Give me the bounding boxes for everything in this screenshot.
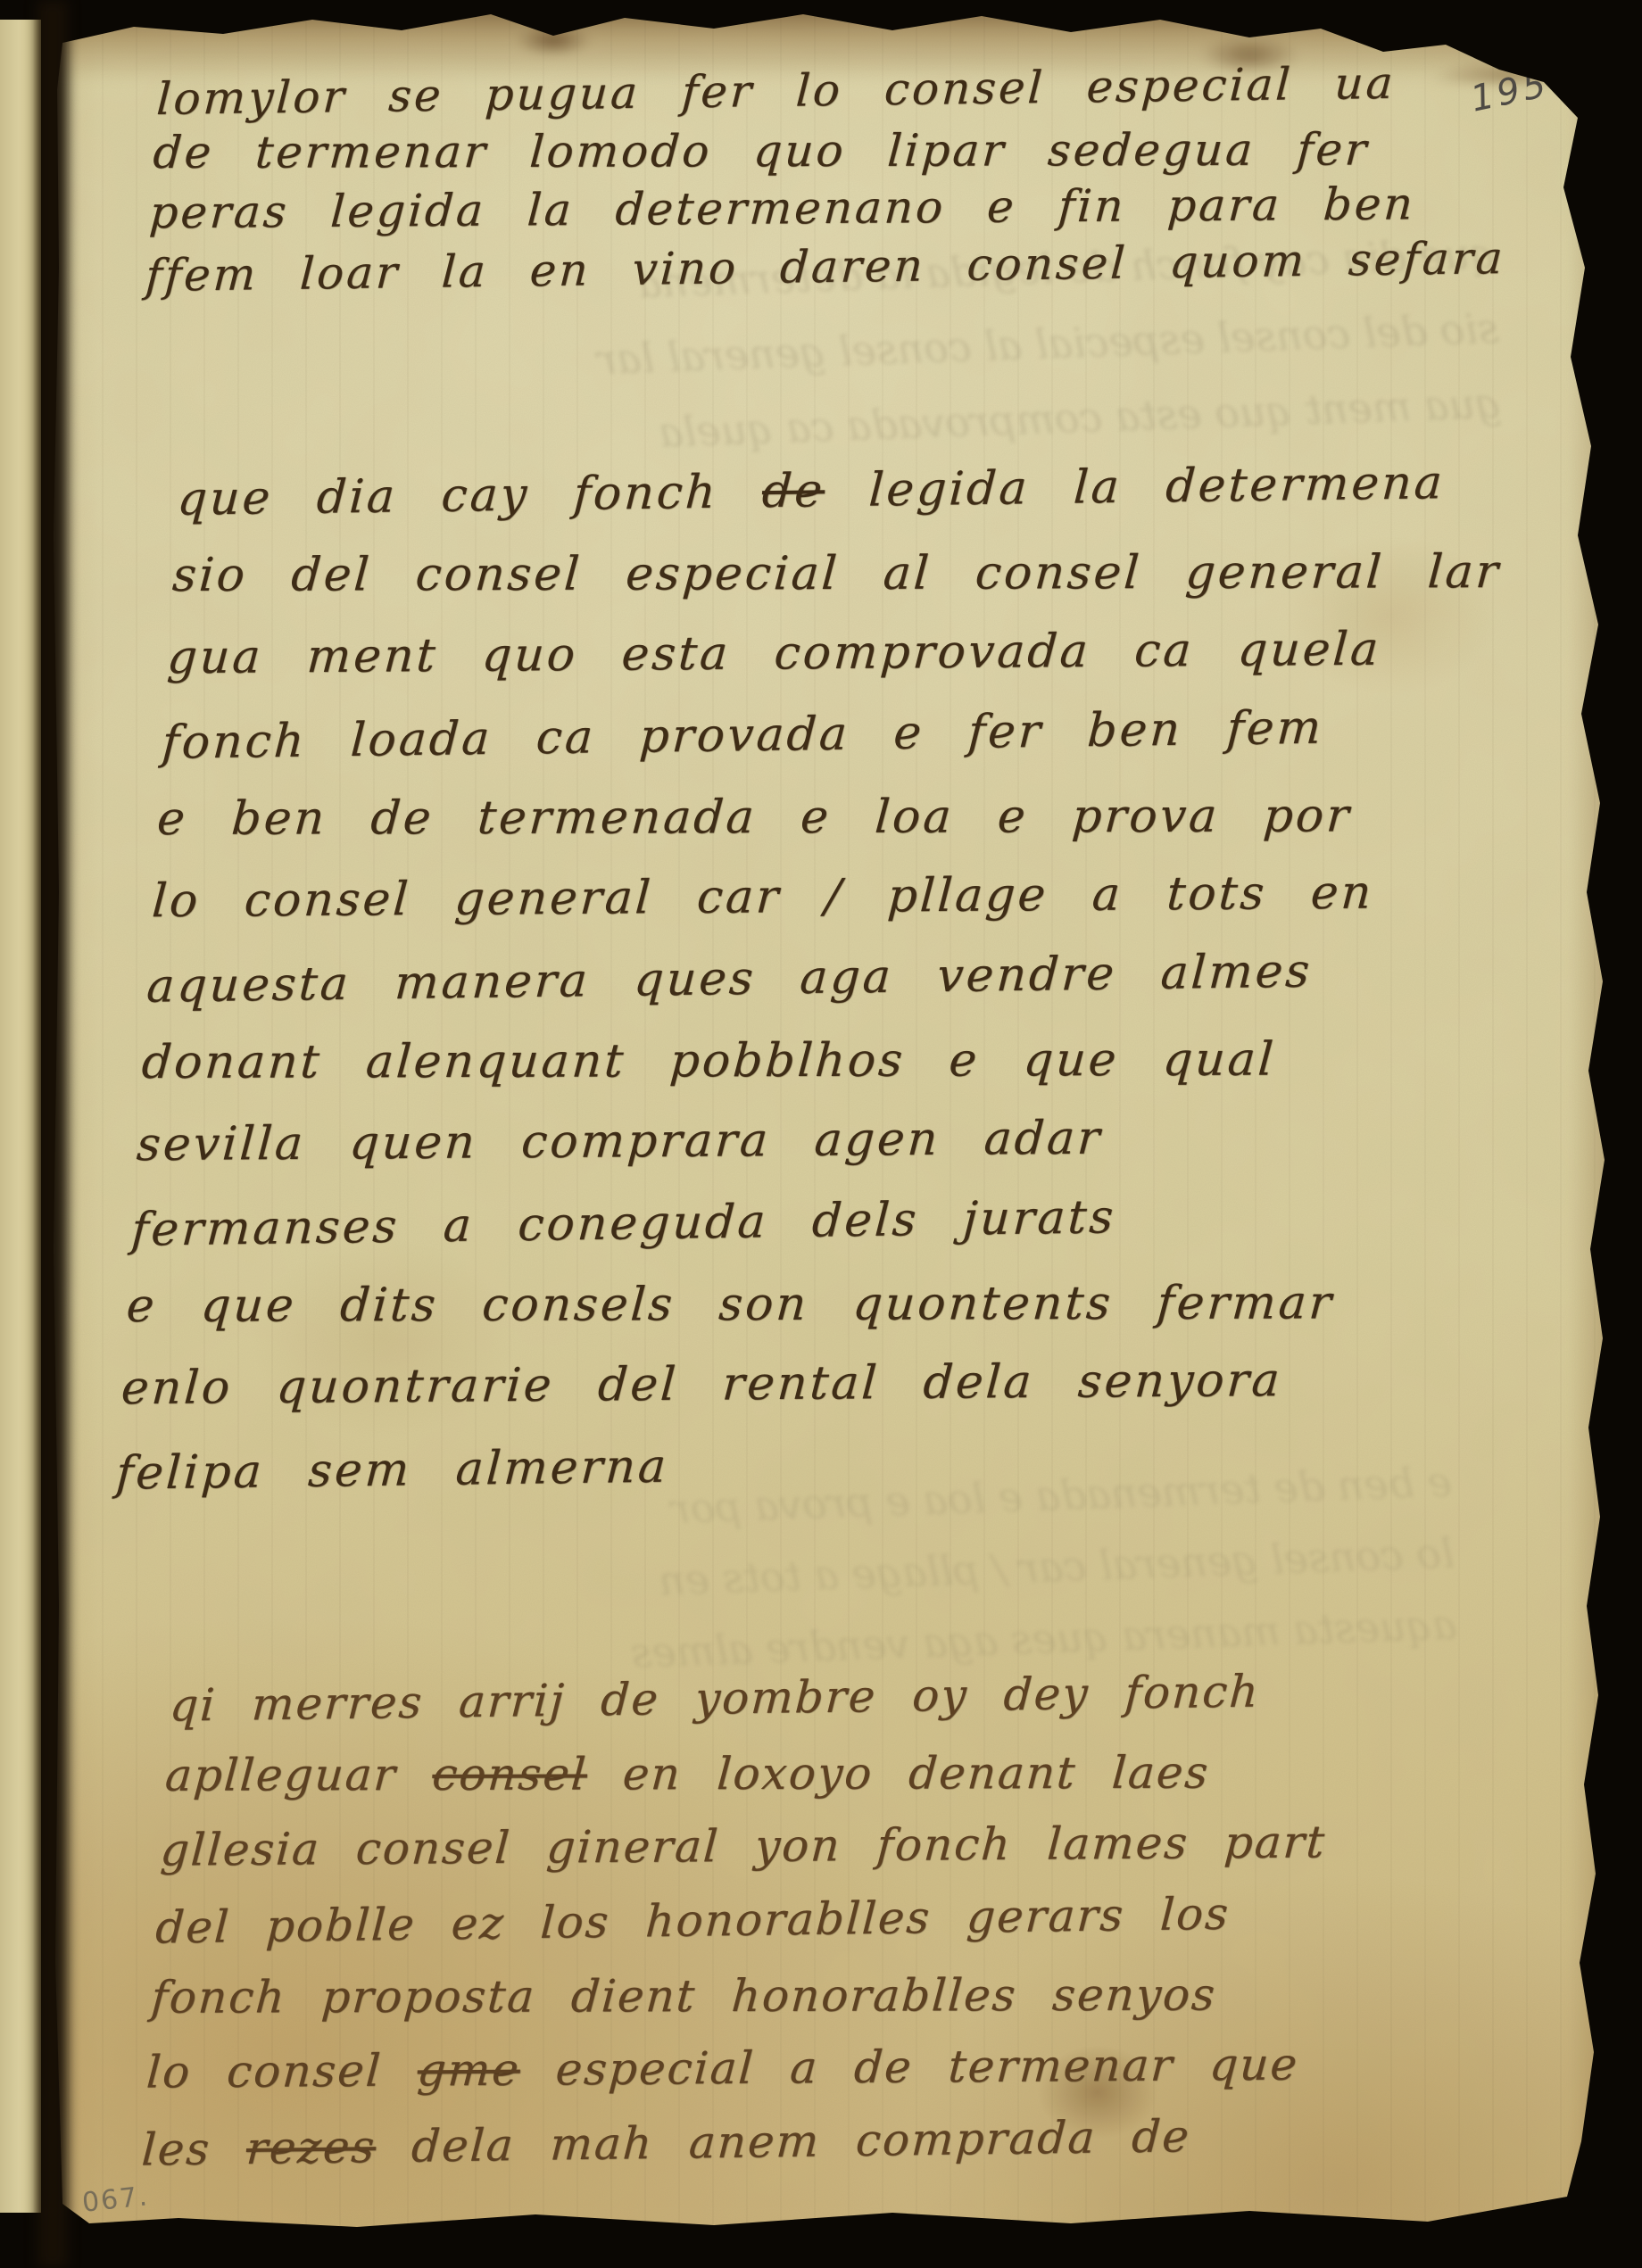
manuscript-line: gua ment quo esta comprovada ca quela	[165, 608, 1498, 699]
manuscript-line: fermanses a coneguda dels jurats	[129, 1172, 1463, 1271]
manuscript-line: fonch loada ca provada e fer ben fem	[160, 685, 1493, 783]
manuscript-line: enlo quontrarie del rental dela senyora	[119, 1339, 1452, 1429]
manuscript-line: sevilla quen comprara agen adar	[134, 1096, 1467, 1186]
manuscript-page: 195 067. lomylor se pugua fer lo consel …	[0, 0, 1642, 2268]
manuscript-line: que dia cay fonch de legida la determena	[175, 442, 1508, 540]
manuscript-line: les rezes dela mah anem comprada de	[139, 2098, 1309, 2187]
manuscript-line: fonch proposta dient honorablles senyos	[149, 1958, 1319, 2034]
manuscript-line: sio del consel especial al consel genera…	[170, 532, 1503, 617]
manuscript-paragraph: qi merres arrij de yombre oy dey fonchap…	[139, 1657, 1337, 2183]
binding-gutter-shadow	[37, 0, 68, 2268]
facing-page-edge	[0, 20, 41, 2213]
edge-stain	[1569, 89, 1615, 2213]
manuscript-paragraph: que dia cay fonch de legida la determena…	[113, 446, 1508, 1511]
manuscript-line: lo consel general car / pllage a tots en	[150, 852, 1483, 942]
manuscript-line: lo consel gme especial a de termenar que	[145, 2027, 1314, 2109]
manuscript-line: lomylor se pugua fer lo consel especial …	[155, 52, 1518, 128]
manuscript-paragraph: lomylor se pugua fer lo consel especial …	[144, 56, 1517, 302]
manuscript-line: donant alenquant pobblhos e que qual	[139, 1019, 1472, 1104]
manuscript-line: qi merres arrij de yombre oy dey fonch	[168, 1653, 1338, 1742]
manuscript-line: aquesta manera ques aga vendre almes	[145, 929, 1478, 1027]
manuscript-line: e que dits consels son quontents fermar	[124, 1262, 1457, 1347]
manuscript-line: aplleguar consel en loxoyo denant laes	[162, 1735, 1332, 1812]
manuscript-line: del poblle ez los honorablles gerars los	[153, 1875, 1323, 1965]
manuscript-line: de termenar lomodo quo lipar sedegua fer	[152, 120, 1514, 182]
manuscript-photo: 195 067. lomylor se pugua fer lo consel …	[0, 0, 1642, 2268]
manuscript-line: e ben de termenada e loa e prova por	[154, 775, 1488, 860]
manuscript-line: gllesia consel gineral yon fonch lames p…	[158, 1805, 1328, 1887]
manuscript-line: felipa sem almerna	[113, 1416, 1447, 1514]
